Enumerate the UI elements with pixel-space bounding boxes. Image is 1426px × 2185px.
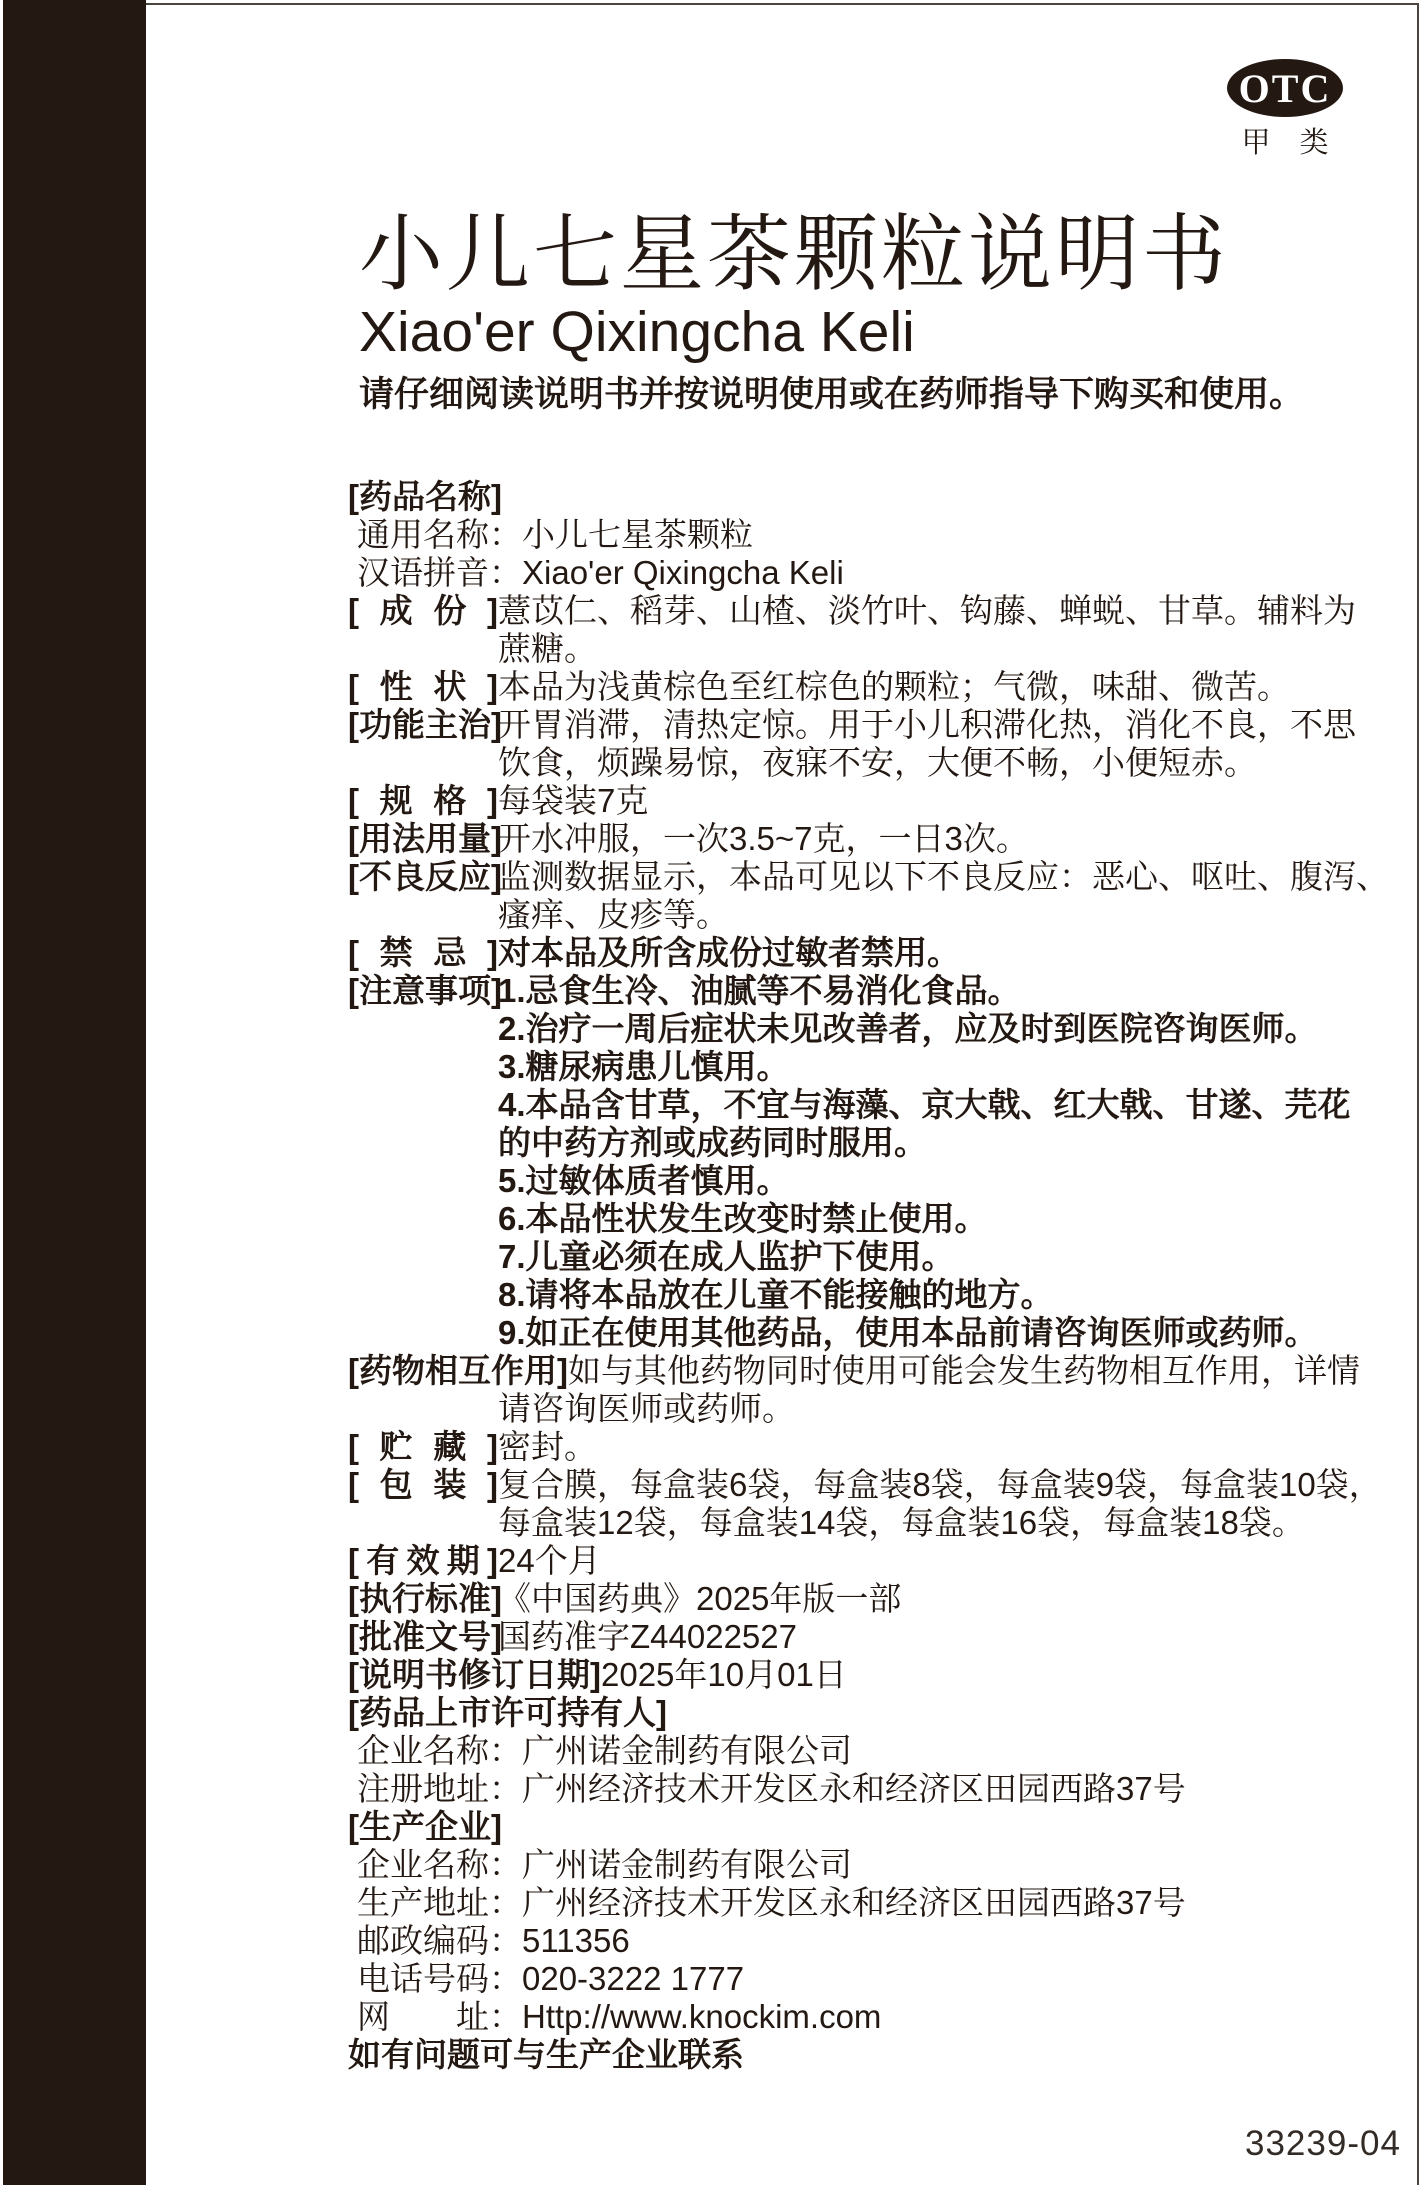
insert-row: 3.糖尿病患儿慎用。 [348,1048,1408,1086]
document-code: 33239-04 [1245,2124,1401,2164]
section-content: 国药准字Z44022527 [498,1618,797,1655]
section-content: 企业名称：广州诺金制药有限公司 [357,1732,852,1769]
insert-row: [药品名称] [348,478,1408,516]
insert-row: 7.儿童必须在成人监护下使用。 [348,1238,1408,1276]
section-content: 每盒装12袋，每盒装14袋，每盒装16袋，每盒装18袋。 [498,1504,1305,1541]
section-content: 开水冲服，一次3.5~7克，一日3次。 [498,820,1029,857]
insert-row: [功能主治]开胃消滞，清热定惊。用于小儿积滞化热，消化不良，不思 [348,706,1408,744]
insert-row: [药品上市许可持有人] [348,1694,1408,1732]
section-content: 监测数据显示，本品可见以下不良反应：恶心、呕吐、腹泻、 [498,858,1389,895]
section-content: 2.治疗一周后症状未见改善者，应及时到医院咨询医师。 [498,1010,1318,1047]
insert-row: [规格]每袋装7克 [348,782,1408,820]
insert-row: 4.本品含甘草，不宜与海藻、京大戟、红大戟、甘遂、芫花 [348,1086,1408,1124]
insert-row: [注意事项]1.忌食生冷、油腻等不易消化食品。 [348,972,1408,1010]
page-title: 小儿七星茶颗粒说明书 [359,206,1229,302]
section-content: 2025年10月01日 [601,1656,847,1693]
section-content: 复合膜，每盒装6袋，每盒装8袋，每盒装9袋，每盒装10袋， [498,1466,1382,1503]
usage-notice: 请仔细阅读说明书并按说明使用或在药师指导下购买和使用。 [359,374,1304,416]
section-content: 对本品及所含成份过敏者禁用。 [498,934,960,971]
insert-row: 8.请将本品放在儿童不能接触的地方。 [348,1276,1408,1314]
insert-row: 2.治疗一周后症状未见改善者，应及时到医院咨询医师。 [348,1010,1408,1048]
insert-row: [禁忌]对本品及所含成份过敏者禁用。 [348,934,1408,972]
section-label: [说明书修订日期] [348,1656,601,1694]
insert-row: [批准文号]国药准字Z44022527 [348,1618,1408,1656]
section-content: 瘙痒、皮疹等。 [498,896,729,933]
section-content: 汉语拼音：Xiao'er Qixingcha Keli [357,554,844,591]
package-insert-page: OTC 甲 类 小儿七星茶颗粒说明书 Xiao'er Qixingcha Kel… [0,0,1426,2185]
section-label: [注意事项] [348,972,498,1010]
otc-badge: OTC [1227,59,1343,117]
insert-row: [成份]薏苡仁、稻芽、山楂、淡竹叶、钩藤、蝉蜕、甘草。辅料为 [348,592,1408,630]
insert-row: 每盒装12袋，每盒装14袋，每盒装16袋，每盒装18袋。 [348,1504,1408,1542]
section-content: 薏苡仁、稻芽、山楂、淡竹叶、钩藤、蝉蜕、甘草。辅料为 [498,592,1356,629]
insert-row: 的中药方剂或成药同时服用。 [348,1124,1408,1162]
insert-row: 饮食，烦躁易惊，夜寐不安，大便不畅，小便短赤。 [348,744,1408,782]
insert-row: 企业名称：广州诺金制药有限公司 [348,1732,1408,1770]
section-label: [贮藏] [348,1428,498,1466]
insert-row: [药物相互作用]如与其他药物同时使用可能会发生药物相互作用，详情 [348,1352,1408,1390]
section-content: 每袋装7克 [498,782,648,819]
section-content: 如与其他药物同时使用可能会发生药物相互作用，详情 [568,1352,1360,1389]
insert-row: [执行标准]《中国药典》2025年版一部 [348,1580,1408,1618]
section-label: [有效期] [348,1542,498,1580]
insert-row: 注册地址：广州经济技术开发区永和经济区田园西路37号 [348,1770,1408,1808]
section-content: 《中国药典》2025年版一部 [498,1580,901,1617]
insert-row: [生产企业] [348,1808,1408,1846]
section-label: [包装] [348,1466,498,1504]
pinyin-subtitle: Xiao'er Qixingcha Keli [359,300,915,364]
section-content: 饮食，烦躁易惊，夜寐不安，大便不畅，小便短赤。 [498,744,1257,781]
section-content: 5.过敏体质者慎用。 [498,1162,790,1199]
section-content: 3.糖尿病患儿慎用。 [498,1048,790,1085]
section-label: [禁忌] [348,934,498,972]
insert-row: 蔗糖。 [348,630,1408,668]
insert-row: [不良反应]监测数据显示，本品可见以下不良反应：恶心、呕吐、腹泻、 [348,858,1408,896]
insert-row: 生产地址：广州经济技术开发区永和经济区田园西路37号 [348,1884,1408,1922]
section-content: 企业名称：广州诺金制药有限公司 [357,1846,852,1883]
section-label: [用法用量] [348,820,498,858]
insert-row: 如有问题可与生产企业联系 [348,2036,1408,2074]
section-label: [药品上市许可持有人] [348,1694,667,1732]
insert-row: 企业名称：广州诺金制药有限公司 [348,1846,1408,1884]
otc-class-label: 甲 类 [1227,120,1343,161]
insert-row: 邮政编码：511356 [348,1922,1408,1960]
insert-row: 通用名称：小儿七星茶颗粒 [348,516,1408,554]
section-content: 通用名称：小儿七星茶颗粒 [357,516,753,553]
insert-row: [性状]本品为浅黄棕色至红棕色的颗粒；气微，味甜、微苦。 [348,668,1408,706]
section-content: 9.如正在使用其他药品，使用本品前请咨询医师或药师。 [498,1314,1318,1351]
section-content: 蔗糖。 [498,630,597,667]
left-black-bar [3,0,146,2185]
section-label: [生产企业] [348,1808,502,1846]
section-content: 网 址：Http://www.knockim.com [357,1998,881,2035]
section-content: 7.儿童必须在成人监护下使用。 [498,1238,955,1275]
insert-row: 5.过敏体质者慎用。 [348,1162,1408,1200]
section-content: 开胃消滞，清热定惊。用于小儿积滞化热，消化不良，不思 [498,706,1356,743]
insert-row: [贮藏]密封。 [348,1428,1408,1466]
section-content: 注册地址：广州经济技术开发区永和经济区田园西路37号 [357,1770,1186,1807]
section-content: 邮政编码：511356 [357,1922,630,1959]
insert-row: [用法用量]开水冲服，一次3.5~7克，一日3次。 [348,820,1408,858]
top-border-line [146,3,1418,5]
insert-row: 6.本品性状发生改变时禁止使用。 [348,1200,1408,1238]
insert-body: [药品名称]通用名称：小儿七星茶颗粒汉语拼音：Xiao'er Qixingcha… [348,478,1408,2074]
section-content: 本品为浅黄棕色至红棕色的颗粒；气微，味甜、微苦。 [498,668,1290,705]
insert-row: [有效期]24个月 [348,1542,1408,1580]
section-content: 6.本品性状发生改变时禁止使用。 [498,1200,988,1237]
section-label: [药物相互作用] [348,1352,568,1390]
section-label: [性状] [348,668,498,706]
insert-row: 瘙痒、皮疹等。 [348,896,1408,934]
section-content: 4.本品含甘草，不宜与海藻、京大戟、红大戟、甘遂、芫花 [498,1086,1351,1123]
section-content: 24个月 [498,1542,601,1579]
insert-row: 网 址：Http://www.knockim.com [348,1998,1408,2036]
insert-row: 汉语拼音：Xiao'er Qixingcha Keli [348,554,1408,592]
section-content: 如有问题可与生产企业联系 [348,2036,744,2073]
right-border-line [1417,3,1419,2185]
section-label: [执行标准] [348,1580,498,1618]
section-label: [批准文号] [348,1618,498,1656]
section-content: 电话号码：020-3222 1777 [357,1960,744,1997]
insert-row: 电话号码：020-3222 1777 [348,1960,1408,1998]
section-content: 8.请将本品放在儿童不能接触的地方。 [498,1276,1054,1313]
section-label: [规格] [348,782,498,820]
section-content: 请咨询医师或药师。 [498,1390,795,1427]
insert-row: 9.如正在使用其他药品，使用本品前请咨询医师或药师。 [348,1314,1408,1352]
section-content: 的中药方剂或成药同时服用。 [498,1124,927,1161]
section-content: 1.忌食生冷、油腻等不易消化食品。 [498,972,1021,1009]
section-label: [成份] [348,592,498,630]
insert-row: [说明书修订日期]2025年10月01日 [348,1656,1408,1694]
section-content: 密封。 [498,1428,597,1465]
section-content: 生产地址：广州经济技术开发区永和经济区田园西路37号 [357,1884,1186,1921]
otc-badge-label: OTC [1239,65,1332,112]
section-label: [不良反应] [348,858,498,896]
insert-row: 请咨询医师或药师。 [348,1390,1408,1428]
insert-row: [包装]复合膜，每盒装6袋，每盒装8袋，每盒装9袋，每盒装10袋， [348,1466,1408,1504]
section-label: [药品名称] [348,478,502,516]
section-label: [功能主治] [348,706,498,744]
